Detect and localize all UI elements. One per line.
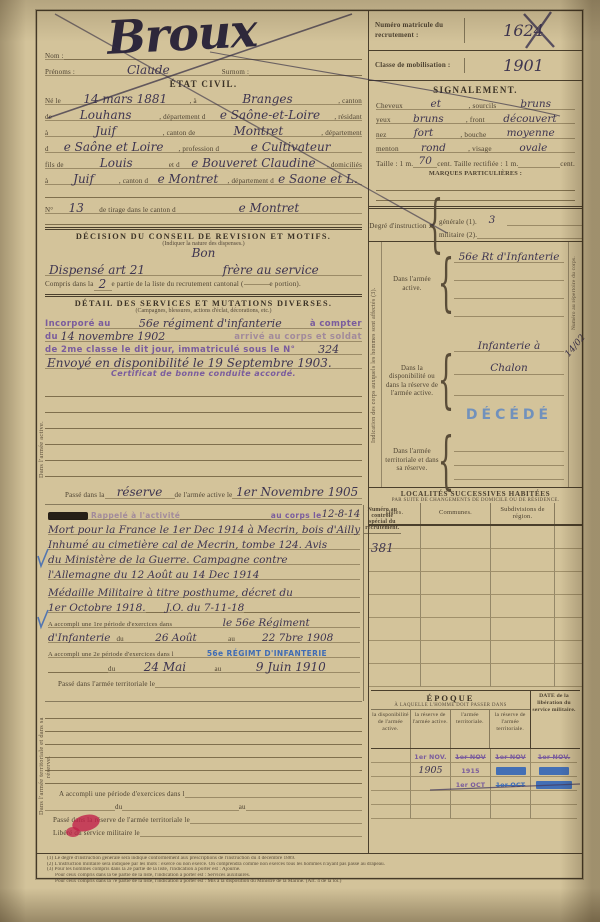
territorial-block: A accompli une période d'exercices dans … [45, 706, 362, 837]
footnotes: (1) Le degré d'instruction générale sera… [37, 853, 582, 878]
prenoms-value: Claude [75, 64, 222, 76]
blank-line [454, 289, 564, 299]
repertoire-vertical-label: Numéro au répertoire du corps. [571, 248, 577, 338]
right-column: Numéro matricule du recrutement : 1624 C… [369, 11, 582, 854]
blank-line [45, 731, 362, 732]
periode1-end: 22 7bre 1908 [235, 633, 360, 644]
incorporation-date: 14 novembre 1902 [58, 331, 168, 342]
fils-de-label: fils de [45, 161, 64, 169]
corps-side-cell: Indication des corps auxquels les hommes… [369, 242, 382, 487]
sourcils-value: bruns [496, 99, 575, 110]
blank-line [45, 396, 362, 397]
au-label: au [228, 635, 235, 643]
blank-line [246, 810, 362, 811]
footnote-line: Pour ceux compris dans la 7e partie de l… [47, 879, 576, 885]
col-narrow [555, 503, 582, 525]
surnom-label: Surnom : [222, 68, 249, 76]
cheveux-value: et [403, 99, 469, 110]
periode-label: A accompli une période d'exercices dans … [45, 790, 185, 798]
a-label: , à [190, 97, 197, 105]
blank-line [122, 810, 238, 811]
blank-line [45, 476, 362, 477]
blue-ink-mark [496, 767, 526, 775]
residant-label: , résidant [334, 113, 362, 121]
localites-row [369, 595, 582, 618]
incorpore-stamp: Incorporé au [45, 319, 111, 329]
certificat-stamp: Certificat de bonne conduite accordé. [45, 369, 362, 381]
repertoire-value: 14/02 [564, 333, 588, 359]
portion-line [244, 284, 270, 285]
ink-smudge [48, 512, 88, 520]
inhumation-entry: Inhumé au cimetière cal de Mecrin, tombe… [48, 540, 360, 551]
col-dates: Dates. [386, 509, 404, 517]
tirage-number: 13 [53, 202, 99, 214]
wartime-entries: Rappelé à l'activité au corps le 12-8-14… [45, 505, 363, 701]
blank-line [45, 224, 362, 225]
divider [369, 206, 582, 209]
instruction-label: Degré d'instruction : [369, 222, 431, 230]
epoque-row: 1er OCT 1er OCT [371, 777, 580, 791]
blank-line [190, 823, 362, 824]
cheveux-label: Cheveux [376, 102, 403, 110]
acompter-stamp: à compter [310, 319, 362, 329]
ep-col4: la réserve de l'armée territoriale. [491, 712, 529, 733]
localites-row [369, 572, 582, 595]
residence-canton: Montret [195, 125, 321, 137]
visage-value: ovale [492, 143, 575, 154]
parents-canton: e Montret [148, 173, 227, 185]
periode2-start: 24 Mai [115, 661, 214, 673]
de-label: de [45, 113, 52, 121]
instruction-block: Degré d'instruction : { générale (1).3 m… [369, 211, 582, 241]
localites-row [369, 526, 582, 549]
epoque-date-header: DATE de la libération du service militai… [531, 691, 577, 748]
departement-label: , département d [159, 113, 205, 121]
blank-line [376, 200, 575, 201]
blank-line [155, 687, 360, 688]
periode1-start: 26 Août [124, 633, 228, 644]
birth-commune: Branges [197, 93, 338, 105]
mother-name: e Bouveret Claudine [180, 157, 327, 169]
blank-line [45, 428, 362, 429]
line [507, 225, 582, 226]
matricule-corps-stamp: de 2me classe le dit jour, immatriculé s… [45, 345, 295, 355]
corps-dispo-value2: Chalon [490, 363, 528, 374]
epoque-table: ÉPOQUE À LAQUELLE L'HOMME DOIT PASSER DA… [371, 690, 580, 819]
corps-assignment-table: Indication des corps auxquels les hommes… [369, 241, 582, 487]
disponibilite-entry: Envoyé en disponibilité le 19 Septembre … [45, 357, 362, 369]
mort-pour-la-france-entry: Mort pour la France le 1er Dec 1914 à Me… [48, 525, 360, 536]
corps-dispo-labelcell: Dans la disponibilité ou dans la réserve… [382, 328, 442, 436]
aucorps-stamp: au corps le [271, 511, 322, 520]
birth-departement: e Saône-et-Loire [206, 109, 335, 121]
tirage-canton: e Montret [176, 202, 362, 214]
taille-line [518, 167, 560, 168]
etat-civil-title: ÉTAT CIVIL. [45, 79, 362, 89]
active-army-vertical-label: Dans l'armée active. [38, 395, 45, 505]
ep-col3: l'armée territoriale. [452, 712, 489, 726]
blank-line [140, 836, 362, 837]
departement-label: , département d [228, 177, 274, 185]
corps-dispo-value1: Infanterie à [478, 341, 540, 352]
ep-date-label: DATE de la libération du service militai… [532, 693, 576, 714]
localites-title: LOCALITÉS SUCCESSIVES HABITÉES [369, 488, 582, 498]
corps-terr-labelcell: Dans l'armée territoriale et dans sa rés… [382, 436, 442, 487]
reserve-date: 1er Novembre 1905 [232, 486, 362, 499]
periode2-end: 9 Juin 1910 [221, 661, 360, 673]
domicilies-label: , domiciliés [327, 161, 362, 169]
epoque-title: ÉPOQUE [371, 691, 530, 703]
yeux-value: bruns [391, 114, 466, 125]
blank-line [454, 307, 564, 317]
au-label: au [214, 665, 221, 673]
instruction-generale-value: 3 [477, 215, 507, 226]
front-value: découvert [485, 114, 575, 125]
left-column: Broux Nom : Prénoms : Claude Surnom : ÉT… [37, 11, 369, 854]
decede-stamp: DÉCÉDÉ [466, 407, 552, 423]
du-stamp: du [45, 332, 58, 342]
localites-table: LOCALITÉS SUCCESSIVES HABITÉES PAR SUITE… [369, 487, 582, 688]
dispense-motif: frère au service [179, 264, 362, 276]
arrive-stamp: arrivé au corps et soldat [168, 332, 362, 342]
corps-active-label: Dans l'armée active. [384, 276, 440, 293]
gap-line [48, 672, 108, 673]
blue-ink-mark [539, 767, 569, 775]
gap-line [45, 810, 115, 811]
compris-label: Compris dans la [45, 280, 94, 288]
blank-line [45, 744, 362, 745]
periode1-regiment: le 56e Régiment [172, 618, 360, 629]
matricule-value: 1624 [465, 23, 582, 39]
passe-territoriale-label: Passé dans l'armée territoriale le [48, 680, 155, 688]
blank-line [454, 456, 564, 466]
ep-nov-stamp: 1er NOV. [414, 754, 446, 761]
ne-le-label: Né le [45, 97, 61, 105]
ep-nov-struck: 1er NOV [495, 754, 526, 761]
matricule-corps-number: 324 [295, 344, 362, 355]
medaille-date: 1er Octobre 1918. [48, 603, 146, 614]
decision-title: DÉCISION DU CONSEIL DE REVISION ET MOTIF… [45, 232, 362, 241]
visage-label: , visage [468, 145, 492, 153]
passe-label: Passé dans la [45, 491, 105, 499]
corps-rows: Dans l'armée active. { 56e Rt d'Infanter… [382, 242, 568, 487]
localites-row [369, 618, 582, 641]
blank-line [45, 718, 362, 719]
nom-label: Nom : [45, 52, 64, 60]
du-label: du [110, 635, 123, 643]
taille-value: 70 [413, 156, 437, 168]
residence-commune: Juif [48, 125, 162, 137]
divider [45, 227, 362, 230]
periode1-regiment2: d'Infanterie [48, 633, 110, 644]
taille-label: Taille : 1 m. [376, 160, 413, 168]
blank-line [185, 797, 362, 798]
territorial-army-vertical-label: Dans l'armée territoriale et dans sa rés… [38, 714, 52, 819]
regiment-blue-stamp: 56e RÉGIMT D'INFANTERIE [174, 649, 361, 658]
parents-departement: e Saone et L. [274, 173, 362, 185]
ep-nov-struck: 1er NOV. [538, 754, 570, 761]
armee-active-label: de l'armée active le [175, 491, 233, 499]
blank-line [45, 197, 362, 198]
brace: { [431, 194, 439, 256]
reserve-transfer-row: Passé dans la réserve de l'armée active … [45, 481, 362, 499]
periode1-label: A accompli une 1re période d'exercices d… [48, 621, 172, 628]
blank-line [454, 386, 564, 396]
blank-line [45, 757, 362, 758]
wartime-block: Rappelé à l'activité au corps le 12-8-14… [45, 504, 362, 702]
name-header: Broux Nom : Prénoms : Claude Surnom : [45, 13, 362, 75]
front-label: , front [466, 116, 485, 124]
compris-label3: e portion). [270, 280, 301, 288]
bouche-value: moyenne [486, 128, 575, 139]
line [477, 238, 582, 239]
blank-line [45, 444, 362, 445]
cent-label: cent. [560, 160, 575, 168]
libere-label: Libéré du service militaire le [45, 829, 140, 837]
sourcils-label: , sourcils [468, 102, 496, 110]
blank-line [45, 412, 362, 413]
rappele-date: 12-8-14 [322, 510, 361, 520]
epoque-header-left: ÉPOQUE À LAQUELLE L'HOMME DOIT PASSER DA… [371, 691, 531, 748]
du-label: du [108, 665, 115, 673]
classe-value: 1901 [465, 58, 582, 74]
taille-rectifiee-label: cent. Taille rectifiée : 1 m. [437, 160, 518, 168]
marques-label: MARQUES PARTICULIÈRES : [369, 170, 582, 181]
du-label: du [115, 803, 122, 811]
et-de-label: et d [169, 161, 180, 169]
menton-label: menton [376, 145, 399, 153]
nez-label: nez [376, 131, 387, 139]
campagne-entry: l'Allemagne du 12 Août au 14 Dec 1914 [48, 570, 360, 581]
ep-oct-stamp: 1er OCT [456, 782, 486, 789]
ep-col1: la disponibilité de l'armée active. [372, 712, 409, 733]
services-block: DÉTAIL DES SERVICES ET MUTATIONS DIVERSE… [45, 299, 362, 477]
residence-departement: e Saône et Loire [49, 141, 179, 153]
matricule-label: Numéro matricule du recrutement : [369, 18, 465, 42]
corps-side-label: Indication des corps auxquels les hommes… [371, 252, 377, 478]
birth-canton: Louhans [52, 109, 159, 121]
regiment-entry: 56e régiment d'infanterie [111, 318, 310, 329]
blank-line [454, 470, 564, 480]
corps-terr-label: Dans l'armée territoriale et dans sa rés… [384, 448, 440, 473]
localites-header: Dates. Communes. Subdivisions de région. [369, 503, 582, 527]
registration-header: Numéro matricule du recrutement : 1624 C… [369, 11, 582, 81]
surnom-line [249, 75, 362, 76]
ministere-entry: du Ministère de la Guerre. Campagne cont… [48, 555, 360, 566]
decision-bon: Bon [45, 247, 362, 261]
ep-oct-blue: 1er OCT [496, 782, 526, 789]
col-subdivisions: Subdivisions de région. [492, 506, 553, 522]
au-label: au [239, 803, 246, 811]
blank-line [376, 190, 575, 191]
signalement-block: SIGNALEMENT. Cheveuxet, sourcilsbruns ye… [369, 85, 582, 201]
canton-label: , canton d [119, 177, 148, 185]
compris-partie: 2 [94, 278, 112, 291]
signalement-title: SIGNALEMENT. [369, 85, 582, 95]
ep-1915-stamp: 1915 [461, 768, 479, 775]
epoque-row: 1905 1915 [371, 763, 580, 777]
rappele-stamp: Rappelé à l'activité [91, 511, 180, 520]
ep-1905: 1905 [418, 766, 442, 776]
etat-civil-block: Né le 14 mars 1881 , à Branges , canton … [45, 89, 362, 225]
gap-line [244, 612, 360, 613]
brace: { [442, 400, 450, 522]
classe-label: Classe de mobilisation : [369, 58, 465, 73]
blank-line [45, 770, 362, 771]
father-name: Louis [64, 157, 169, 169]
divider [45, 294, 362, 297]
canton-de-label: , canton de [163, 129, 196, 137]
blue-ink-mark [536, 781, 572, 789]
passe-reserve-territoriale-label: Passé dans la réserve de l'armée territo… [45, 816, 190, 824]
compris-label2: e partie de la liste du recrutement cant… [112, 280, 244, 288]
canton-label: , canton [338, 97, 362, 105]
profession-label: , profession d [179, 145, 220, 153]
rappele-line [180, 519, 271, 520]
services-caption: (Campagnes, blessures, actions d'éclat, … [45, 308, 362, 314]
blank-line [454, 271, 564, 281]
bouche-label: , bouche [460, 131, 486, 139]
gap-line [146, 612, 166, 613]
blank-line [454, 442, 564, 452]
dispense-entry: Dispensé art 21 [45, 264, 179, 276]
menton-value: rond [399, 143, 468, 154]
localites-row [369, 664, 582, 687]
ep-col2: la réserve de l'armée active. [412, 712, 449, 726]
military-record-photo: Broux Nom : Prénoms : Claude Surnom : ÉT… [0, 0, 600, 922]
corps-active-value: 56e Rt d'Infanterie [459, 252, 560, 263]
birth-date: 14 mars 1881 [61, 93, 190, 105]
tirage-label: de tirage dans le canton d [99, 206, 176, 214]
prenoms-label: Prénoms : [45, 68, 75, 76]
localites-row [369, 549, 582, 572]
periode2-label: A accompli une 2e période d'exercices da… [48, 651, 174, 658]
epoque-row: 1er NOV. 1er NOV 1er NOV 1er NOV. [371, 749, 580, 763]
blank-line [45, 783, 362, 784]
yeux-label: yeux [376, 116, 391, 124]
ep-nov-struck: 1er NOV [455, 754, 486, 761]
departement-label: , département [321, 129, 362, 137]
corps-repertoire-cell: Numéro au répertoire du corps. 14/02 [568, 242, 582, 487]
epoque-row [371, 805, 580, 819]
jo-reference: J.O. du 7-11-18 [166, 603, 245, 614]
corps-dispo-label: Dans la disponibilité ou dans la réserve… [384, 365, 440, 399]
decision-block: DÉCISION DU CONSEIL DE REVISION ET MOTIF… [45, 232, 362, 292]
nom-line [64, 59, 362, 60]
services-title: DÉTAIL DES SERVICES ET MUTATIONS DIVERSE… [45, 299, 362, 308]
reserve-entry: réserve [105, 486, 175, 499]
form-frame: Broux Nom : Prénoms : Claude Surnom : ÉT… [36, 10, 583, 879]
localites-row [369, 641, 582, 664]
blank-line [45, 460, 362, 461]
profession-value: e Cultivateur [219, 141, 362, 153]
numero-label: N° [45, 206, 53, 214]
medaille-entry: Médaille Militaire à titre posthume, déc… [48, 588, 360, 599]
epoque-row [371, 791, 580, 805]
parents-commune: Juif [48, 173, 119, 185]
nez-value: fort [387, 128, 461, 139]
